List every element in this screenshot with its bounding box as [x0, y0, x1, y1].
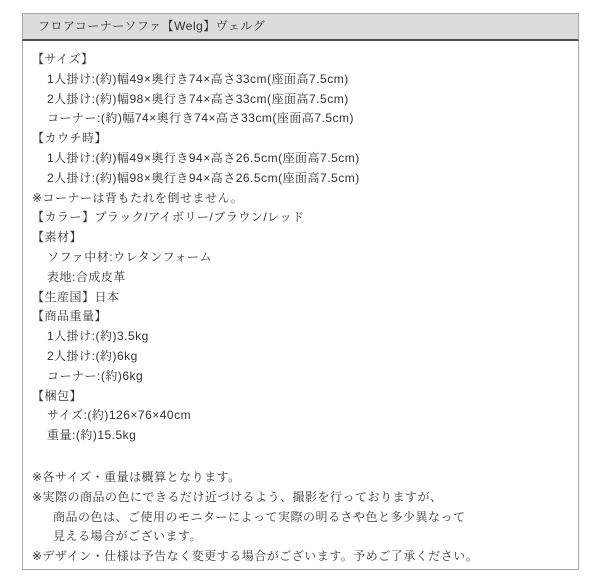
spec-section-package: 【梱包】	[32, 387, 566, 407]
product-spec-page: フロアコーナーソファ【Welg】ヴェルグ 【サイズ】 1人掛け:(約)幅49×奥…	[0, 0, 598, 583]
spec-line: 2人掛け:(約)幅98×奥行き74×高さ33cm(座面高7.5cm)	[32, 90, 566, 110]
spec-line: ソファ中材:ウレタンフォーム	[32, 248, 566, 268]
spec-line: 2人掛け:(約)6kg	[32, 347, 566, 367]
spec-line: コーナー:(約)幅74×奥行き74×高さ33cm(座面高7.5cm)	[32, 109, 566, 129]
note-line: ※実際の商品の色にできるだけ近づけるよう、撮影を行っておりますが、	[32, 488, 566, 508]
note-line: 見える場合がございます。	[32, 527, 566, 547]
spec-section-color: 【カラー】ブラック/アイボリー/ブラウン/レッド	[32, 208, 566, 228]
spec-section-country: 【生産国】日本	[32, 288, 566, 308]
spec-line: 1人掛け:(約)幅49×奥行き74×高さ33cm(座面高7.5cm)	[32, 70, 566, 90]
spec-section-size: 【サイズ】	[32, 50, 566, 70]
spec-line: サイズ:(約)126×76×40cm	[32, 406, 566, 426]
spec-section-couch: 【カウチ時】	[32, 129, 566, 149]
spec-header-bar: フロアコーナーソファ【Welg】ヴェルグ	[22, 13, 579, 41]
spec-line: 1人掛け:(約)3.5kg	[32, 327, 566, 347]
spec-line: 2人掛け:(約)幅98×奥行き94×高さ26.5cm(座面高7.5cm)	[32, 169, 566, 189]
spec-section-weight: 【商品重量】	[32, 307, 566, 327]
spec-line: 1人掛け:(約)幅49×奥行き94×高さ26.5cm(座面高7.5cm)	[32, 149, 566, 169]
spec-line: 表地:合成皮革	[32, 268, 566, 288]
spec-line: コーナー:(約)6kg	[32, 367, 566, 387]
note-lines: ※各サイズ・重量は概算となります。 ※実際の商品の色にできるだけ近づけるよう、撮…	[32, 468, 566, 567]
note-line: ※各サイズ・重量は概算となります。	[32, 468, 566, 488]
note-line: 商品の色は、ご使用のモニターによって実際の明るさや色と多少異なって	[32, 508, 566, 528]
spec-line: 重量:(約)15.5kg	[32, 426, 566, 446]
spec-lines: 【サイズ】 1人掛け:(約)幅49×奥行き74×高さ33cm(座面高7.5cm)…	[32, 50, 566, 446]
spec-section-material: 【素材】	[32, 228, 566, 248]
note-line: ※デザイン・仕様は予告なく変更する場合がございます。予めご了承ください。	[32, 547, 566, 567]
product-title: フロアコーナーソファ【Welg】ヴェルグ	[38, 19, 265, 33]
spec-body: 【サイズ】 1人掛け:(約)幅49×奥行き74×高さ33cm(座面高7.5cm)…	[22, 41, 579, 570]
spec-box: フロアコーナーソファ【Welg】ヴェルグ 【サイズ】 1人掛け:(約)幅49×奥…	[22, 13, 579, 570]
spec-note-corner: ※コーナーは背もたれを倒せません。	[32, 189, 566, 209]
